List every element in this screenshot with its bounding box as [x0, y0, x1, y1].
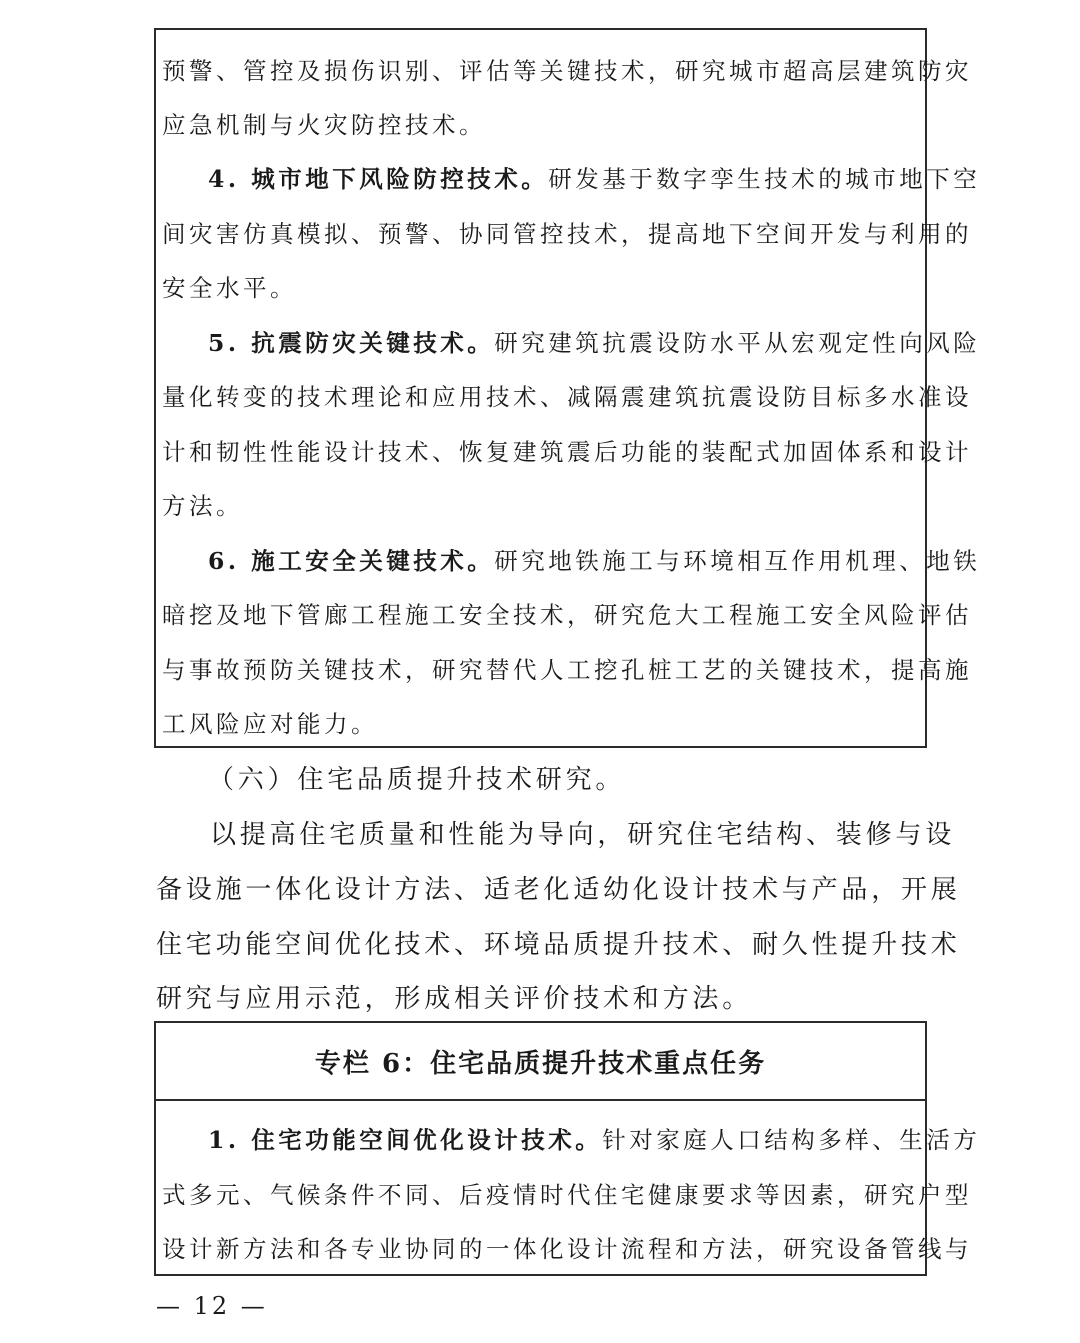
box1-line: 工风险应对能力。 [162, 709, 378, 739]
section-heading: （六）住宅品质提升技术研究。 [208, 765, 625, 795]
box1-line: 安全水平。 [162, 273, 297, 303]
box1-line: 预警、管控及损伤识别、评估等关键技术，研究城市超高层建筑防灾 [162, 56, 972, 86]
box1-line: 计和韧性性能设计技术、恢复建筑震后功能的装配式加固体系和设计 [162, 437, 972, 467]
box1-line: 暗挖及地下管廊工程施工安全技术，研究危大工程施工安全风险评估 [162, 600, 972, 630]
box1-item-5: 5. 抗震防灾关键技术。研究建筑抗震设防水平从宏观定性向风险 [208, 328, 980, 358]
box1-line: 应急机制与火灾防控技术。 [162, 110, 486, 140]
box1-item-4: 4. 城市地下风险防控技术。研发基于数字孪生技术的城市地下空 [208, 164, 980, 194]
page-number: — 12 — [156, 1292, 268, 1320]
section-paragraph-line: 备设施一体化设计方法、适老化适幼化设计技术与产品，开展 [156, 875, 961, 905]
column-box-continued: 预警、管控及损伤识别、评估等关键技术，研究城市超高层建筑防灾 应急机制与火灾防控… [154, 28, 927, 748]
section-paragraph-line: 以提高住宅质量和性能为导向，研究住宅结构、装修与设 [210, 820, 955, 850]
box1-line: 间灾害仿真模拟、预警、协同管控技术，提高地下空间开发与利用的 [162, 219, 972, 249]
section-paragraph-line: 研究与应用示范，形成相关评价技术和方法。 [156, 984, 752, 1014]
box1-line: 与事故预防关键技术，研究替代人工挖孔桩工艺的关键技术，提高施 [162, 655, 972, 685]
section-paragraph-line: 住宅功能空间优化技术、环境品质提升技术、耐久性提升技术 [156, 930, 961, 960]
box2-item-1: 1. 住宅功能空间优化设计技术。针对家庭人口结构多样、生活方 [208, 1125, 980, 1155]
column-box-6: 专栏 6：住宅品质提升技术重点任务 1. 住宅功能空间优化设计技术。针对家庭人口… [154, 1021, 927, 1276]
box2-line: 设计新方法和各专业协同的一体化设计流程和方法，研究设备管线与 [162, 1234, 972, 1264]
box1-item-6: 6. 施工安全关键技术。研究地铁施工与环境相互作用机理、地铁 [208, 546, 980, 576]
box1-line: 量化转变的技术理论和应用技术、减隔震建筑抗震设防目标多水准设 [162, 382, 972, 412]
column-box-title: 专栏 6：住宅品质提升技术重点任务 [156, 1023, 925, 1101]
box2-line: 式多元、气候条件不同、后疫情时代住宅健康要求等因素，研究户型 [162, 1180, 972, 1210]
box1-line: 方法。 [162, 491, 243, 521]
